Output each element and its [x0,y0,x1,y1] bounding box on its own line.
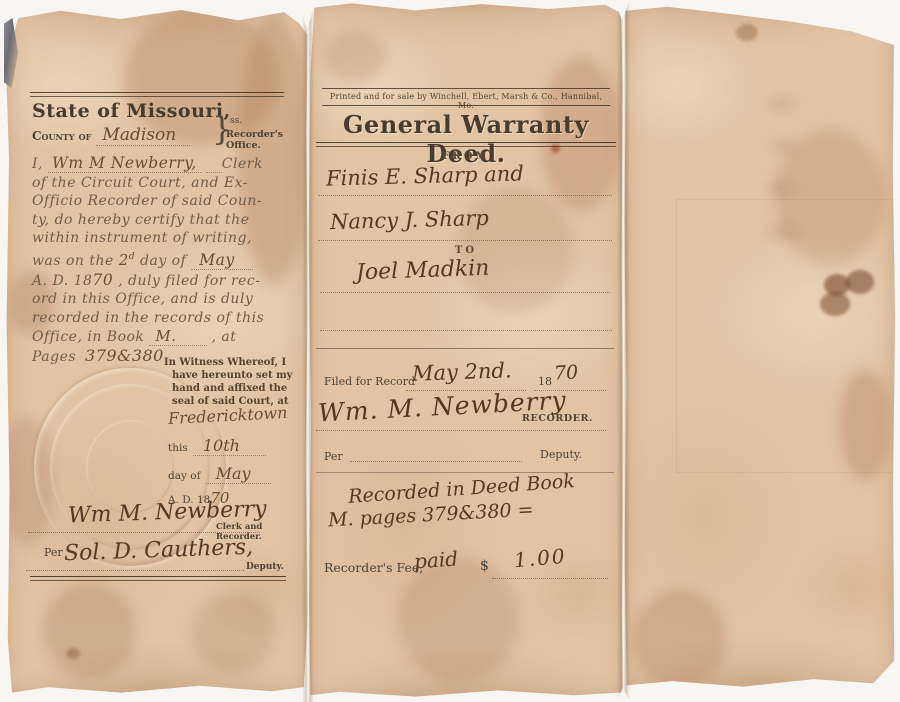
day-handwritten: 2d [119,251,135,269]
certificate-line: Office, in Book M. , at [32,327,300,347]
stain [42,583,137,678]
fee-currency: $ [480,558,489,574]
printer-imprint: Printed and for sale by Winchell, Ebert,… [322,92,610,110]
stain [191,593,276,673]
form-line [320,292,610,293]
deputy-title-label: Deputy. [246,562,284,572]
horizontal-rule [316,142,616,147]
certificate-line: of the Circuit Court, and Ex- [32,174,300,193]
stain [632,589,727,689]
show-through-oval [752,210,814,254]
show-through-oval [754,168,810,208]
witness-day-handwritten: 10th [193,436,266,456]
form-line [492,578,608,579]
horizontal-rule [30,92,284,97]
recorders-office-label: Recorder's Office. [226,129,308,151]
to-label: TO [308,245,624,256]
ss-label: ss. [230,116,242,126]
witness-dayof-line: day of May [168,464,271,483]
county-line: County of Madison [32,125,190,145]
state-heading: State of Missouri, [32,100,231,122]
certificate-line: I, Wm M Newberry, Clerk [32,154,300,174]
recorders-fee-label: Recorder's Fee, [324,560,423,575]
county-value-handwritten: Madison [96,125,190,146]
witness-line: hand and affixed the [164,382,306,395]
filed-for-record-label: Filed for Record [324,375,415,388]
horizontal-rule [30,576,286,581]
signature-line [26,570,244,571]
witness-line: have hereunto set my [164,369,306,382]
certificate-line: recorded in the records of this [32,309,300,328]
fee-paid-handwritten: paid [413,546,459,573]
stain [66,648,80,659]
certificate-line: ty, do hereby certify that the [32,211,300,230]
horizontal-rule [322,88,610,89]
form-line [318,240,612,241]
filed-date-handwritten: May 2nd. [412,358,512,385]
form-line [318,195,612,196]
from-label: FROM [308,151,624,162]
stain [396,557,521,682]
certificate-line: A. D. 1870 , duly filed for rec- [32,271,300,291]
recorder-title-label: RECORDER. [522,413,593,424]
grantor-line2-handwritten: Nancy J. Sharp [330,206,489,234]
left-panel-recorder-certificate: State of Missouri, County of Madison } s… [6,8,308,694]
per-label: Per [44,546,63,559]
form-line [350,461,522,462]
certificate-line: ord in this Office, and is duly [32,290,300,309]
pages-handwritten: 379&380 [81,346,168,365]
certificate-line: Officio Recorder of said Coun- [32,192,300,211]
show-through-oval [754,84,810,124]
stain [736,24,758,41]
grantee-handwritten: Joel Madkin [356,256,490,286]
filed-year-handwritten: 70 [553,361,578,384]
certificate-paragraph: I, Wm M Newberry, Clerk of the Circuit C… [32,154,300,367]
witness-month-handwritten: May [206,464,271,484]
show-through-oval [756,126,812,166]
book-handwritten: M. [149,327,206,346]
scanned-deed-document: State of Missouri, County of Madison } s… [0,0,900,702]
form-line [320,330,612,331]
month-handwritten: May [191,251,252,270]
witness-this-line: this 10th [168,436,266,455]
witness-block: In Witness Whereof, I have hereunto set … [164,356,306,408]
deputy-label: Deputy. [540,448,582,461]
witness-line: In Witness Whereof, I [164,356,306,369]
stain [324,30,386,82]
per-label: Per [324,450,343,463]
horizontal-rule [322,105,610,106]
horizontal-rule [316,348,614,349]
grantor-line1-handwritten: Finis E. Sharp and [326,161,524,190]
certificate-line: was on the 2d day of May [32,248,300,271]
certificate-line: within instrument of writing, [32,229,300,248]
middle-panel-deed-cover: Printed and for sale by Winchell, Ebert,… [308,2,624,698]
year-handwritten: 70 [92,271,113,289]
deputy-signature-handwritten: Sol. D. Cauthers, [64,535,254,567]
fee-amount-handwritten: 1.00 [513,544,567,572]
form-line [316,430,606,431]
county-label: County of [32,129,91,143]
right-panel-blank-back [624,4,895,688]
clerk-name-handwritten: Wm M Newberry, [48,154,201,173]
